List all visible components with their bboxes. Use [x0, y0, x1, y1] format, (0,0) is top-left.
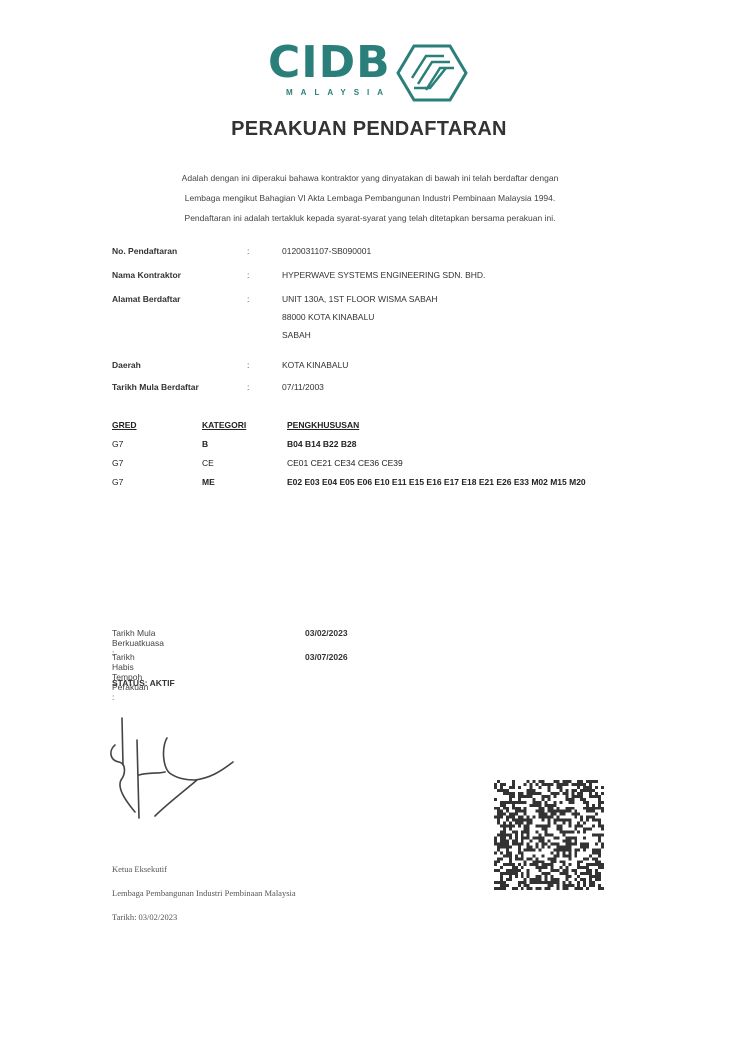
cell-gred: G7 — [112, 458, 123, 468]
field-label: Nama Kontraktor — [112, 270, 252, 280]
field-label: Alamat Berdaftar — [112, 294, 252, 304]
cell-pengkhususan: CE01 CE21 CE34 CE36 CE39 — [287, 458, 403, 468]
validity-start-value: 03/02/2023 — [305, 628, 348, 638]
cell-pengkhususan: E02 E03 E04 E05 E06 E10 E11 E15 E16 E17 … — [287, 477, 586, 487]
header-pengkhususan: PENGKHUSUSAN — [287, 420, 359, 430]
header-kategori: KATEGORI — [202, 420, 246, 430]
field-label: Daerah — [112, 360, 252, 370]
intro-line: Pendaftaran ini adalah tertakluk kepada … — [100, 208, 640, 228]
field-separator: : — [247, 382, 249, 392]
cell-gred: G7 — [112, 439, 123, 449]
field-separator: : — [247, 270, 249, 280]
document-title: PERAKUAN PENDAFTARAN — [0, 118, 738, 141]
signer-date: Tarikh: 03/02/2023 — [112, 905, 296, 929]
field-value: 0120031107-SB090001 — [282, 242, 371, 260]
logo-wordmark: CIDB — [268, 38, 391, 88]
signer-organization: Lembaga Pembangunan Industri Pembinaan M… — [112, 881, 296, 905]
cidb-hexagon-icon — [396, 44, 468, 102]
field-value: KOTA KINABALU — [282, 356, 348, 374]
cell-kategori: B — [202, 439, 208, 449]
status-badge: STATUS: AKTIF — [112, 678, 175, 688]
field-separator: : — [247, 294, 249, 304]
cidb-logo: CIDB MALAYSIA — [268, 38, 478, 104]
intro-line: Adalah dengan ini diperakui bahawa kontr… — [100, 168, 640, 188]
intro-line: Lembaga mengikut Bahagian VI Akta Lembag… — [100, 188, 640, 208]
field-value: HYPERWAVE SYSTEMS ENGINEERING SDN. BHD. — [282, 266, 485, 284]
field-label: Tarikh Mula Berdaftar — [112, 382, 252, 392]
address-line: UNIT 130A, 1ST FLOOR WISMA SABAH — [282, 290, 438, 308]
signature-image — [95, 700, 255, 840]
field-value: UNIT 130A, 1ST FLOOR WISMA SABAH 88000 K… — [282, 290, 438, 344]
validity-end-value: 03/07/2026 — [305, 652, 348, 662]
field-separator: : — [247, 360, 249, 370]
address-line: SABAH — [282, 326, 438, 344]
validity-end-label: Tarikh Habis Tempoh Perakuan : — [112, 652, 148, 702]
cell-gred: G7 — [112, 477, 123, 487]
cell-kategori: ME — [202, 477, 215, 487]
signer-title: Ketua Eksekutif — [112, 857, 296, 881]
address-line: 88000 KOTA KINABALU — [282, 308, 438, 326]
intro-paragraph: Adalah dengan ini diperakui bahawa kontr… — [100, 168, 640, 228]
logo-subtitle: MALAYSIA — [286, 88, 391, 97]
cell-kategori: CE — [202, 458, 214, 468]
header-gred: GRED — [112, 420, 137, 430]
cell-pengkhususan: B04 B14 B22 B28 — [287, 439, 356, 449]
field-separator: : — [247, 246, 249, 256]
qr-code — [493, 780, 605, 890]
field-label: No. Pendaftaran — [112, 246, 252, 256]
signer-block: Ketua Eksekutif Lembaga Pembangunan Indu… — [112, 857, 296, 929]
field-value: 07/11/2003 — [282, 378, 324, 396]
